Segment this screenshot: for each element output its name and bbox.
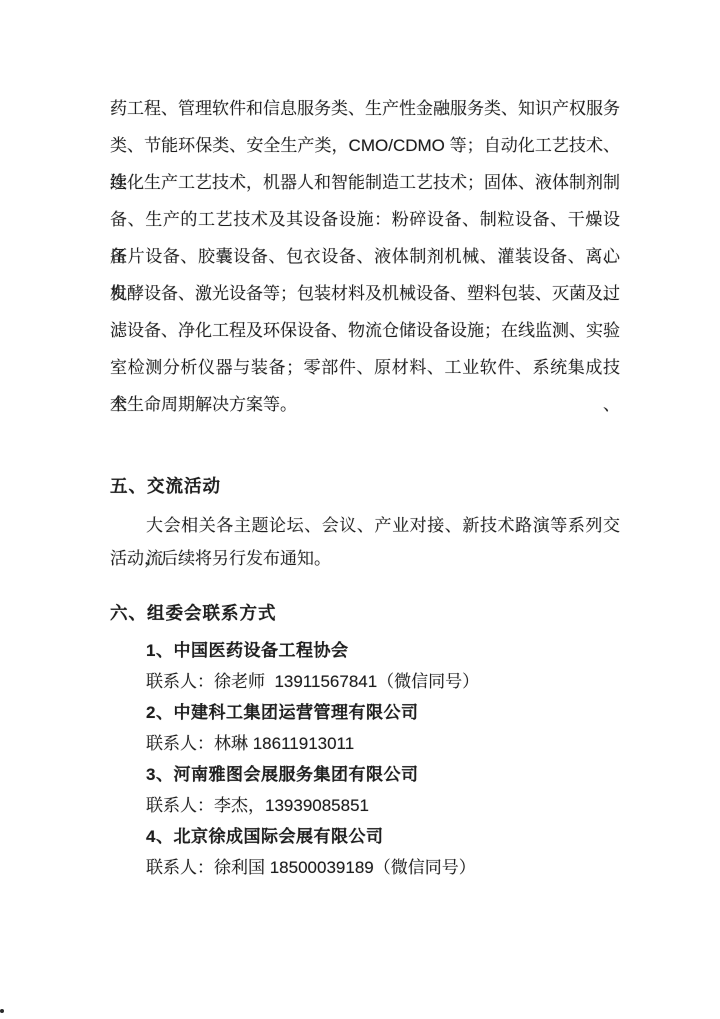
paragraph-line: 压片设备、胶囊设备、包衣设备、液体制剂机械、灌装设备、离心机、 [110,238,620,275]
paragraph-line: 续化生产工艺技术，机器人和智能制造工艺技术；固体、液体制剂制 [110,164,620,201]
contact-person-phone: 联系人：林琳 18611913011 [110,728,620,759]
paragraph-line: 类、节能环保类、安全生产类，CMO/CDMO 等；自动化工艺技术、连 [110,127,620,164]
section-five-body: 大会相关各主题论坛、会议、产业对接、新技术路演等系列交流 活动，后续将另行发布通… [110,509,620,575]
exhibition-scope-paragraph: 药工程、管理软件和信息服务类、生产性金融服务类、知识产权服务 类、节能环保类、安… [110,90,620,423]
paragraph-line: 大会相关各主题论坛、会议、产业对接、新技术路演等系列交流 [110,509,620,542]
paragraph-line: 发酵设备、激光设备等；包装材料及机械设备、塑料包装、灭菌及过 [110,275,620,312]
contact-org-name: 4、北京徐成国际会展有限公司 [110,821,620,852]
contact-org-name: 3、河南雅图会展服务集团有限公司 [110,759,620,790]
paragraph-line: 活动，后续将另行发布通知。 [110,542,620,575]
contact-person-phone: 联系人：徐老师 13911567841（微信同号） [110,666,620,697]
paragraph-line: 室检测分析仪器与装备；零部件、原材料、工业软件、系统集成技术、 [110,349,620,386]
section-six-heading: 六、组委会联系方式 [110,597,620,630]
paragraph-line: 药工程、管理软件和信息服务类、生产性金融服务类、知识产权服务 [110,90,620,127]
contact-list: 1、中国医药设备工程协会 联系人：徐老师 13911567841（微信同号） 2… [110,635,620,883]
paragraph-line: 滤设备、净化工程及环保设备、物流仓储设备设施；在线监测、实验 [110,312,620,349]
section-five-heading: 五、交流活动 [110,470,620,503]
document-page: 药工程、管理软件和信息服务类、生产性金融服务类、知识产权服务 类、节能环保类、安… [0,0,720,1019]
scan-artifact-speck [0,1009,4,1013]
contact-org-name: 1、中国医药设备工程协会 [110,635,620,666]
contact-person-phone: 联系人：徐利国 18500039189（微信同号） [110,852,620,883]
contact-org-name: 2、中建科工集团运营管理有限公司 [110,697,620,728]
contact-person-phone: 联系人：李杰，13939085851 [110,790,620,821]
paragraph-line: 备、生产的工艺技术及其设备设施：粉碎设备、制粒设备、干燥设备、 [110,201,620,238]
